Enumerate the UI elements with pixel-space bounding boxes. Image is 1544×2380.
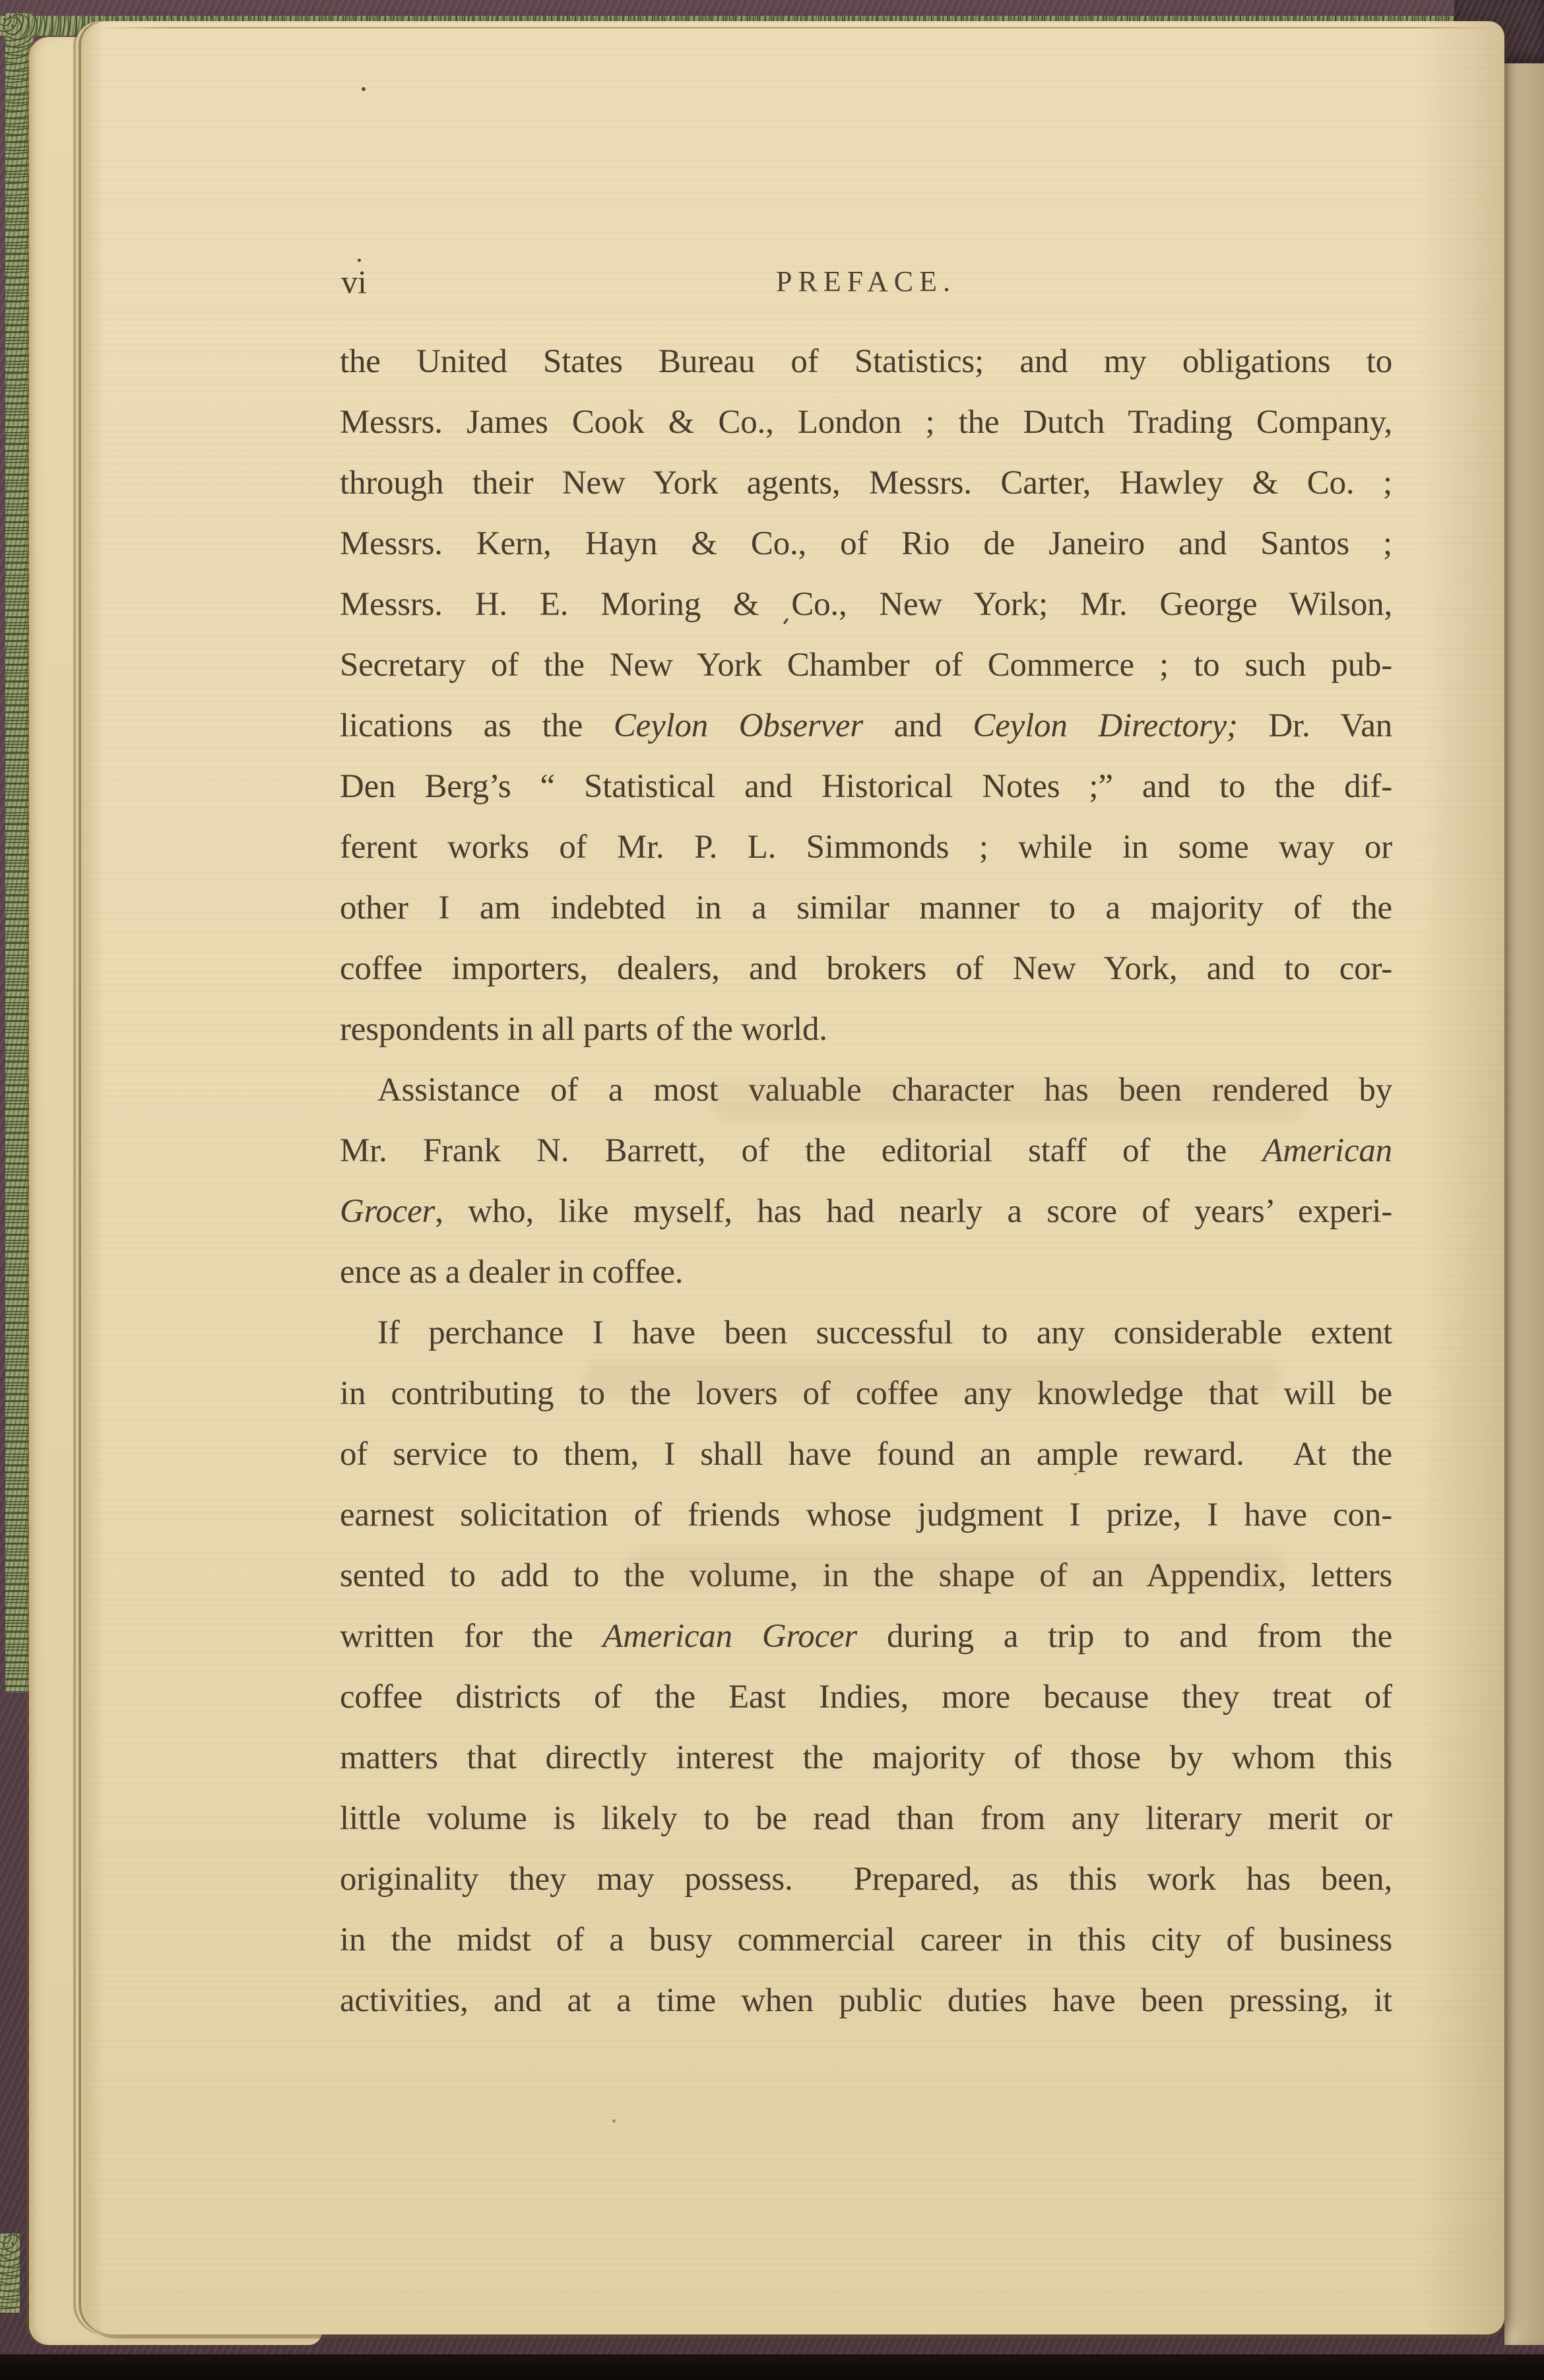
ink-speck	[612, 2119, 616, 2123]
text-segment: in the midst of a busy commercial career…	[340, 1921, 1392, 1958]
text-line: coffee districts of the East Indies, mor…	[340, 1667, 1392, 1727]
text-line: ferent works of Mr. P. L. Simmonds ; whi…	[340, 817, 1392, 878]
text-segment: Den Berg’s “ Statistical and Historical …	[340, 768, 1392, 805]
text-line: Messrs. H. E. Moring & Co., New York; Mr…	[340, 574, 1392, 635]
book-page: vi PREFACE. the United States Bureau of …	[84, 21, 1504, 2334]
text-segment: activities, and at a time when public du…	[340, 1982, 1392, 2019]
text-line: Grocer, who, like myself, has had nearly…	[340, 1181, 1392, 1242]
text-segment: , who, like myself, has had nearly a sco…	[435, 1193, 1392, 1230]
page-stack-fore-edge	[1504, 49, 1544, 2345]
text-segment: Mr. Frank N. Barrett, of the editorial s…	[340, 1132, 1262, 1169]
bottom-shadow-band	[0, 2354, 1544, 2380]
text-segment: respondents in all parts of the world.	[340, 1011, 827, 1048]
ink-speck	[358, 259, 361, 262]
text-line: through their New York agents, Messrs. C…	[340, 453, 1392, 513]
text-line: little volume is likely to be read than …	[340, 1788, 1392, 1849]
text-segment: written for the	[340, 1618, 602, 1655]
text-line: originality they may possess. Prepared, …	[340, 1849, 1392, 1910]
text-segment: of service to them, I shall have found a…	[340, 1436, 1392, 1473]
text-line: the United States Bureau of Statistics; …	[340, 331, 1392, 392]
text-line: Messrs. James Cook & Co., London ; the D…	[340, 392, 1392, 453]
text-line: Messrs. Kern, Hayn & Co., of Rio de Jane…	[340, 513, 1392, 574]
italic-text-segment: American Grocer	[602, 1618, 857, 1655]
text-line: lications as the Ceylon Observer and Cey…	[340, 695, 1392, 756]
running-header: PREFACE.	[340, 267, 1392, 297]
page-show-through	[711, 1083, 1305, 1120]
text-segment: little volume is likely to be read than …	[340, 1800, 1392, 1837]
text-line: respondents in all parts of the world.	[340, 999, 1392, 1060]
text-segment: Secretary of the New York Chamber of Com…	[340, 647, 1392, 684]
page-show-through	[626, 1552, 1285, 1589]
page-header: vi PREFACE.	[340, 252, 1392, 298]
text-segment: ence as a dealer in coffee.	[340, 1254, 683, 1291]
text-line: Den Berg’s “ Statistical and Historical …	[340, 756, 1392, 817]
text-line: coffee importers, dealers, and brokers o…	[340, 938, 1392, 999]
text-line: ence as a dealer in coffee.	[340, 1242, 1392, 1303]
text-segment: other I am indebted in a similar manner …	[340, 889, 1392, 926]
page-text: the United States Bureau of Statistics; …	[340, 331, 1392, 2031]
text-segment: Dr. Van	[1238, 707, 1392, 744]
text-segment: through their New York agents, Messrs. C…	[340, 465, 1392, 501]
text-segment: and	[863, 707, 973, 744]
page-show-through	[586, 1361, 1279, 1398]
text-line: other I am indebted in a similar manner …	[340, 878, 1392, 938]
text-segment: coffee districts of the East Indies, mor…	[340, 1679, 1392, 1716]
text-line: written for the American Grocer during a…	[340, 1606, 1392, 1667]
text-segment: ferent works of Mr. P. L. Simmonds ; whi…	[340, 829, 1392, 866]
text-segment: the United States Bureau of Statistics; …	[340, 343, 1392, 380]
italic-text-segment: Ceylon Directory;	[973, 707, 1237, 744]
endpaper-pattern-corner	[0, 2234, 20, 2313]
text-segment: Messrs. H. E. Moring & Co., New York; Mr…	[340, 586, 1392, 623]
text-line: in the midst of a busy commercial career…	[340, 1910, 1392, 1970]
text-segment: matters that directly interest the major…	[340, 1739, 1392, 1776]
text-segment: Messrs. James Cook & Co., London ; the D…	[340, 404, 1392, 441]
italic-text-segment: Grocer	[340, 1193, 435, 1230]
ink-speck	[362, 87, 366, 91]
text-segment: Messrs. Kern, Hayn & Co., of Rio de Jane…	[340, 525, 1392, 562]
text-line: activities, and at a time when public du…	[340, 1970, 1392, 2031]
text-line: If perchance I have been successful to a…	[340, 1303, 1392, 1363]
text-line: matters that directly interest the major…	[340, 1727, 1392, 1788]
text-line: Mr. Frank N. Barrett, of the editorial s…	[340, 1120, 1392, 1181]
text-segment: coffee importers, dealers, and brokers o…	[340, 950, 1392, 987]
text-line: earnest solicitation of friends whose ju…	[340, 1485, 1392, 1545]
italic-text-segment: American	[1262, 1132, 1392, 1169]
text-line: Secretary of the New York Chamber of Com…	[340, 635, 1392, 695]
text-segment: lications as the	[340, 707, 614, 744]
text-segment: during a trip to and from the	[857, 1618, 1392, 1655]
text-segment: If perchance I have been successful to a…	[377, 1314, 1392, 1351]
book-photo: vi PREFACE. the United States Bureau of …	[0, 0, 1544, 2380]
text-line: of service to them, I shall have found a…	[340, 1424, 1392, 1485]
text-segment: originality they may possess. Prepared, …	[340, 1861, 1392, 1898]
text-segment: earnest solicitation of friends whose ju…	[340, 1496, 1392, 1533]
ink-speck	[1074, 1473, 1077, 1475]
italic-text-segment: Ceylon Observer	[614, 707, 863, 744]
